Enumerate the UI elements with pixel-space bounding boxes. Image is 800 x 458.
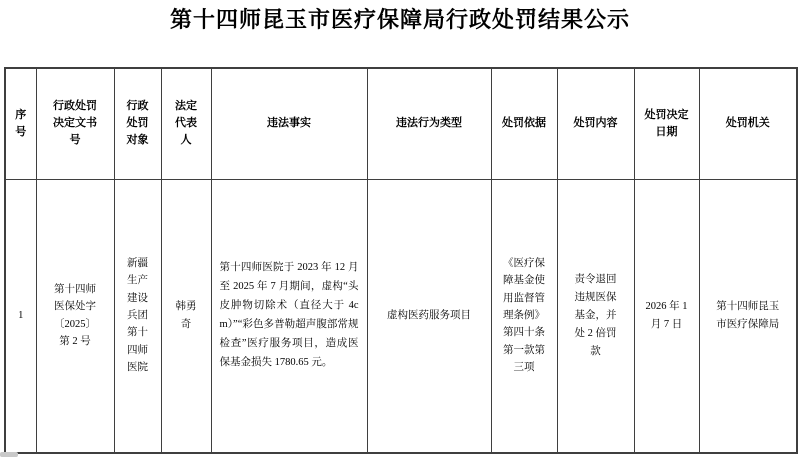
col-header-target: 行政处罚对象 [114,68,161,179]
col-header-facts: 违法事实 [211,68,367,179]
col-header-content: 处罚内容 [557,68,634,179]
cell-decision-date: 2026 年 1 月 7 日 [634,179,699,453]
cell-legal-rep: 韩勇奇 [161,179,211,453]
cell-content: 责令退回违规医保基金，并处 2 倍罚款 [557,179,634,453]
cell-target: 新疆生产建设兵团第十四师医院 [114,179,161,453]
col-header-legal-rep: 法定代表人 [161,68,211,179]
cell-facts: 第十四师医院于 2023 年 12 月至 2025 年 7 月期间，虚构“头皮肿… [211,179,367,453]
table-row: 1 第十四师医保处字〔2025〕第 2 号 新疆生产建设兵团第十四师医院 韩勇奇… [5,179,797,453]
col-header-doc-no: 行政处罚决定文书号 [36,68,114,179]
cell-violation-type: 虚构医药服务项目 [367,179,491,453]
col-header-decision-date: 处罚决定日期 [634,68,699,179]
penalty-results-table: 序号 行政处罚决定文书号 行政处罚对象 法定代表人 违法事实 违法行为类型 处罚… [4,67,798,454]
col-header-basis: 处罚依据 [491,68,557,179]
document-page: 第十四师昆玉市医疗保障局行政处罚结果公示 序号 行政处罚决定文书号 行政处罚对象… [0,0,800,458]
header-row: 序号 行政处罚决定文书号 行政处罚对象 法定代表人 违法事实 违法行为类型 处罚… [5,68,797,179]
cell-basis: 《医疗保障基金使用监督管理条例》第四十条第一款第三项 [491,179,557,453]
cell-authority: 第十四师昆玉市医疗保障局 [699,179,797,453]
col-header-violation-type: 违法行为类型 [367,68,491,179]
page-title: 第十四师昆玉市医疗保障局行政处罚结果公示 [0,3,800,34]
col-header-seq: 序号 [5,68,36,179]
scrollbar-artifact [0,452,18,457]
cell-doc-no: 第十四师医保处字〔2025〕第 2 号 [36,179,114,453]
col-header-authority: 处罚机关 [699,68,797,179]
cell-seq: 1 [5,179,36,453]
